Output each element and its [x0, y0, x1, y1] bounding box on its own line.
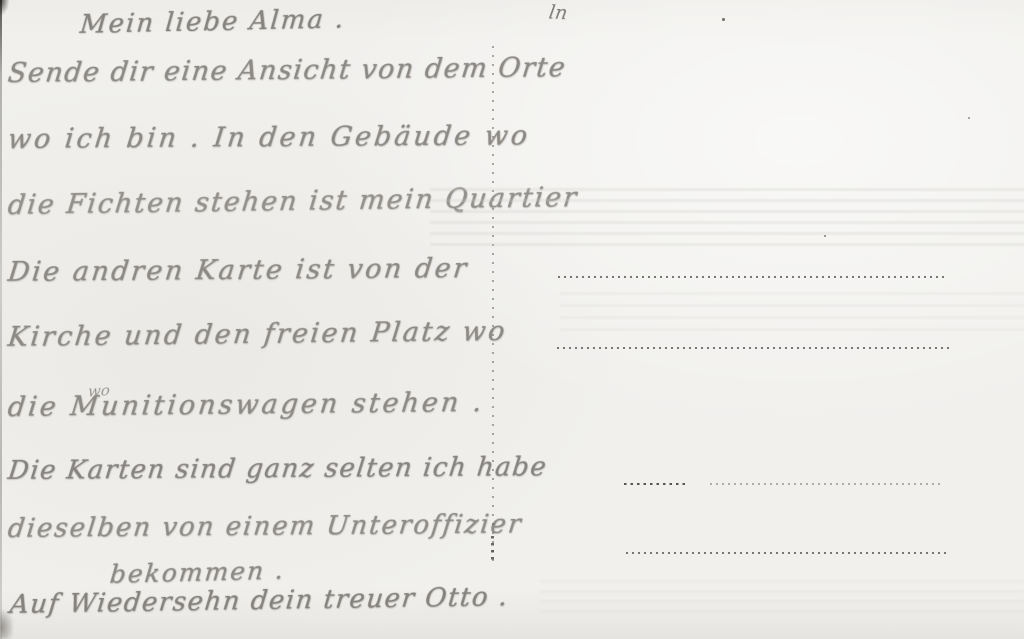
divider-dotted-line	[492, 46, 494, 562]
address-line-3-segment-faint	[710, 483, 944, 485]
handwriting-line: wo ich bin . In den Gebäude wo	[6, 120, 532, 155]
handwriting-line: die Munitionswagen stehen .	[6, 387, 486, 423]
paper-streaks	[540, 580, 1024, 620]
handwriting-inserted-word: wo	[87, 381, 110, 401]
handwriting-line: Kirche und den freien Platz wo	[6, 316, 508, 353]
postcard-back: Mein liebe Alma . Sende dir eine Ansicht…	[0, 0, 1024, 639]
handwriting-line: dieselben von einem Unteroffizier	[6, 509, 524, 544]
paper-streaks	[430, 188, 1024, 254]
handwriting-line: Die Karten sind ganz selten ich habe	[6, 452, 549, 486]
scan-edge-shadow-left	[0, 0, 2, 639]
scan-smudge-bottom-left	[0, 610, 13, 639]
handwriting-signature-line: Auf Wiedersehn dein treuer Otto .	[8, 582, 510, 620]
speck	[824, 235, 826, 237]
address-line-3-segment-dark	[624, 483, 688, 485]
address-line-4	[626, 552, 948, 554]
handwriting-salutation: Mein liebe Alma .	[79, 4, 347, 40]
handwriting-line: Sende dir eine Ansicht von dem Orte	[6, 52, 568, 89]
address-line-2	[557, 347, 950, 349]
scan-corner-smudge-top-left	[0, 0, 9, 15]
address-line-1	[558, 276, 948, 278]
speck	[968, 117, 970, 119]
handwriting-line: Die andren Karte ist von der	[6, 253, 470, 288]
handwriting-line: bekommen .	[109, 556, 287, 589]
pencil-squiggle-mark: ln	[547, 2, 569, 25]
speck	[722, 18, 725, 21]
paper-streaks	[560, 292, 1024, 332]
divider-dotted-line-end	[491, 536, 494, 562]
